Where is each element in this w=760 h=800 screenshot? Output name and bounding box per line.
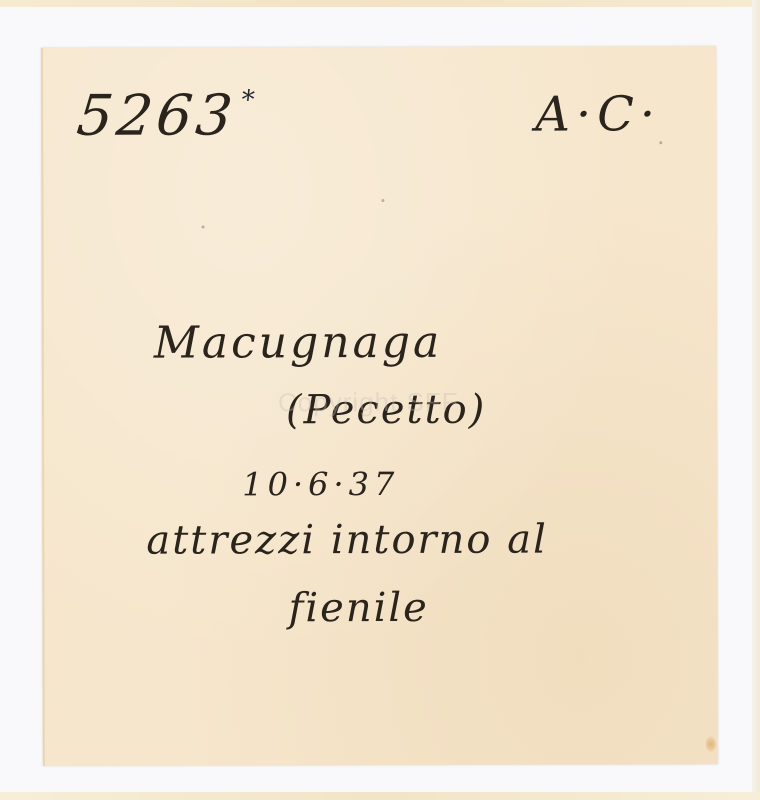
paper-note: 5263* A·C· Macugnaga (Pecetto) Copyright…	[41, 46, 718, 766]
initials: A·C·	[535, 86, 661, 142]
mount-bottom-strip	[0, 792, 760, 800]
star-icon: *	[240, 85, 260, 115]
description-line-1: attrezzi intorno al	[146, 517, 548, 564]
description-line-2: fienile	[288, 585, 428, 631]
paper-speck	[381, 199, 384, 202]
sub-place-name: (Pecetto)	[286, 387, 486, 434]
paper-speck	[202, 225, 205, 228]
catalog-number: 5263*	[74, 83, 260, 148]
catalog-number-text: 5263	[74, 83, 239, 148]
mount-right-edge	[752, 0, 760, 800]
mount-top-strip	[0, 0, 760, 7]
corner-stain	[706, 736, 716, 752]
place-name: Macugnaga	[154, 317, 443, 369]
paper-edge	[41, 48, 45, 766]
date: 10·6·37	[242, 465, 399, 503]
